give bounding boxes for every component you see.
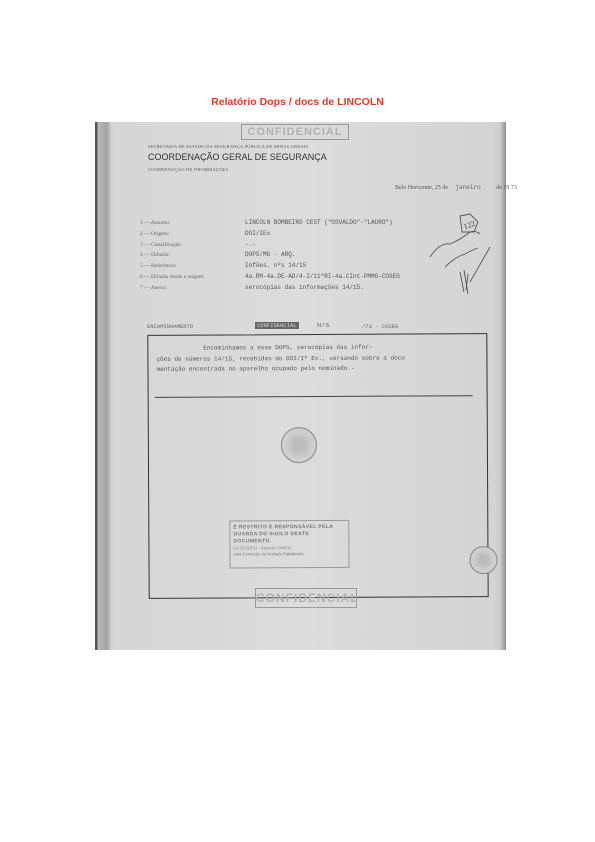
encaminhamento-suffix: /73 - COSEG: [362, 323, 398, 330]
scanned-document: CONFIDENCIAL Secretaria de Estado da Seg…: [95, 122, 506, 650]
date-line: Belo Horizonte, 25 de janeiro de 19 73: [395, 184, 517, 191]
encaminhamento-label: ENCAMINHAMENTO: [147, 323, 193, 330]
archive-notice-stamp: É RESTRITO E RESPONSÁVEL PELA GUARDA DO …: [229, 520, 349, 569]
redacted-classification: CONFIDENCIAL: [255, 322, 299, 329]
date-year: de 19 73: [496, 185, 517, 191]
message-box: Encaminhamos a esse DOPS, xerocópias das…: [147, 333, 488, 599]
archive-seal-icon: [469, 546, 497, 574]
date-month: janeiro: [456, 184, 481, 191]
message-body: Encaminhamos a esse DOPS, xerocópias das…: [156, 342, 478, 375]
page-title: Relatório Dops / docs de LINCOLN: [0, 96, 595, 108]
confidential-stamp-bottom: CONFIDENCIAL: [255, 588, 357, 608]
scan-edge-right: [500, 122, 506, 650]
official-seal-icon: [281, 427, 317, 463]
confidential-stamp-top: CONFIDENCIAL: [241, 124, 349, 140]
handwriting-scribble-icon: 122: [420, 212, 490, 302]
handwritten-annotation: 122: [420, 212, 490, 302]
header-coordenacao-geral: COORDENAÇÃO GERAL DE SEGURANÇA: [148, 152, 327, 162]
svg-text:122: 122: [462, 219, 476, 232]
encaminhamento-number: N.º 5: [317, 323, 329, 329]
header-secretaria: Secretaria de Estado da Segurança Públic…: [148, 144, 308, 149]
date-prefix: Belo Horizonte, 25 de: [395, 185, 448, 191]
body-separator: [155, 395, 473, 398]
header-coordenacao-informacoes: Coordenação de Informações: [148, 167, 228, 172]
scan-edge-left: [95, 122, 111, 650]
